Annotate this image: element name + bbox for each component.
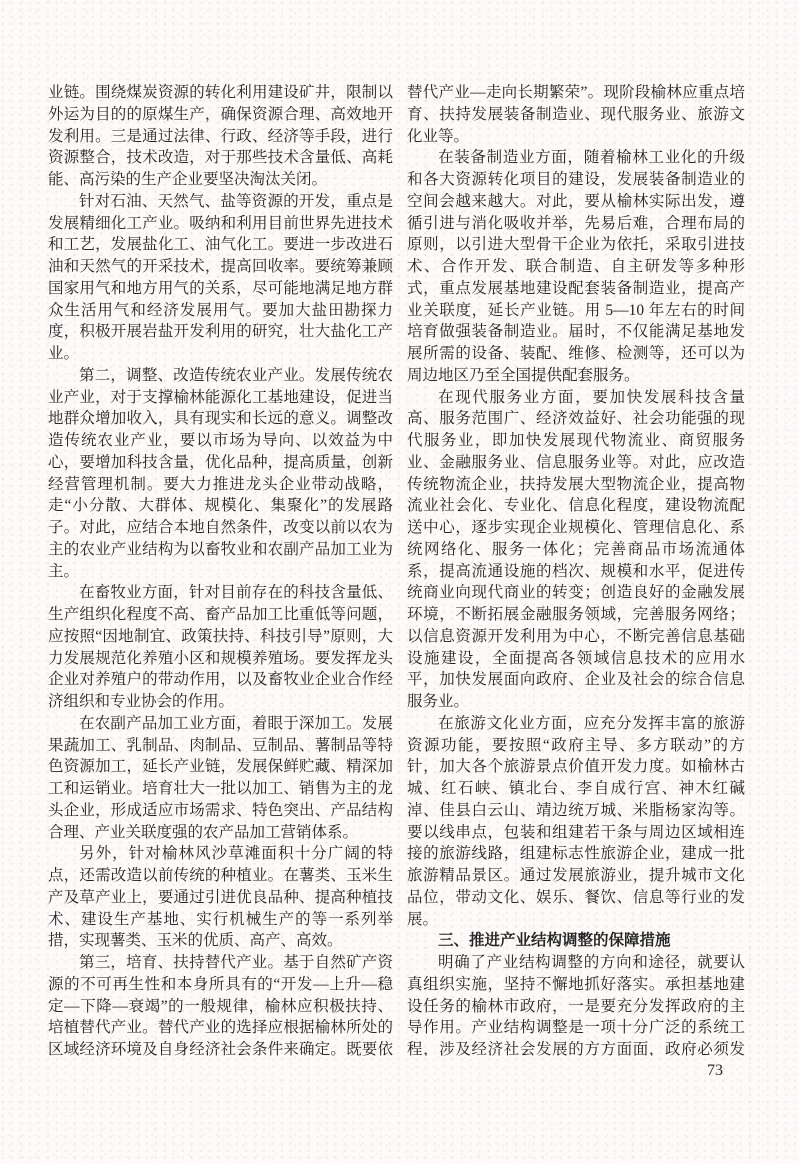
paragraph: 替代产业—走向长期繁荣”。现阶段榆林应重点培育、扶持发展装备制造业、现代服务业、…	[407, 82, 745, 147]
page-body: 业链。围绕煤炭资源的转化利用建设矿井，限制以外运为目的的原煤生产，确保资源合理、…	[48, 82, 745, 1056]
paragraph: 在旅游文化业方面，应充分发挥丰富的旅游资源功能，要按照“政府主导、多方联动”的方…	[407, 713, 745, 931]
right-column: 替代产业—走向长期繁荣”。现阶段榆林应重点培育、扶持发展装备制造业、现代服务业、…	[407, 82, 745, 1056]
paragraph: 另外，针对榆林风沙草滩面积十分广阔的特点，还需改造以前传统的种植业。在薯类、玉米…	[48, 843, 393, 952]
paragraph: 在农副产品加工业方面，着眼于深加工。发展果蔬加工、乳制品、肉制品、豆制品、薯制品…	[48, 713, 393, 844]
section-heading: 三、推进产业结构调整的保障措施	[407, 930, 745, 952]
paragraph: 明确了产业结构调整的方向和途径，就要认真组织实施，坚持不懈地抓好落实。承担基地建…	[407, 952, 745, 1056]
paragraph: 在装备制造业方面，随着榆林工业化的升级和各大资源转化项目的建设，发展装备制造业的…	[407, 147, 745, 386]
paragraph: 业链。围绕煤炭资源的转化利用建设矿井，限制以外运为目的的原煤生产，确保资源合理、…	[48, 82, 393, 191]
paragraph: 针对石油、天然气、盐等资源的开发，重点是发展精细化工产业。吸纳和利用目前世界先进…	[48, 191, 393, 365]
paragraph: 在现代服务业方面，要加快发展科技含量高、服务范围广、经济效益好、社会功能强的现代…	[407, 387, 745, 713]
paragraph: 第二，调整、改造传统农业产业。发展传统农业产业，对于支撑榆林能源化工基地建设，促…	[48, 365, 393, 583]
left-column: 业链。围绕煤炭资源的转化利用建设矿井，限制以外运为目的的原煤生产，确保资源合理、…	[48, 82, 393, 1056]
paragraph: 在畜牧业方面，针对目前存在的科技含量低、生产组织化程度不高、畜产品加工比重低等问…	[48, 582, 393, 713]
scanned-journal-page: 业链。围绕煤炭资源的转化利用建设矿井，限制以外运为目的的原煤生产，确保资源合理、…	[0, 0, 799, 1164]
page-number: 73	[707, 1062, 723, 1080]
paragraph: 第三，培育、扶持替代产业。基于自然矿产资源的不可再生性和本身所具有的“开发—上升…	[48, 952, 393, 1056]
